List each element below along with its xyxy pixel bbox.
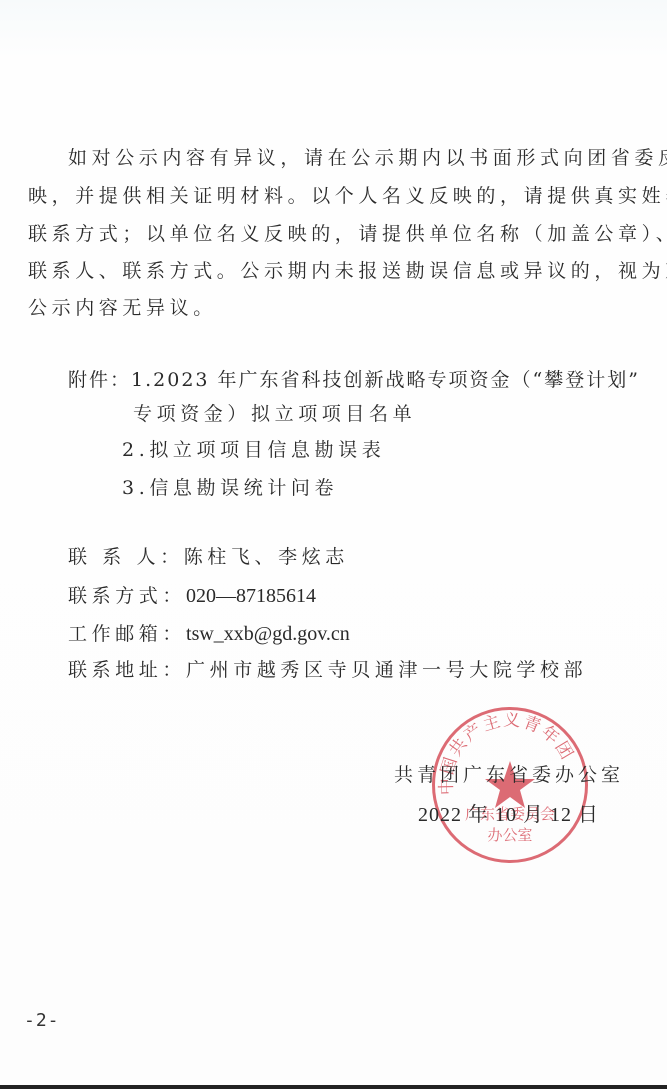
seal-bottom-text: 办公室 [487, 826, 532, 844]
attachment-item-1: 1.2023 年广东省科技创新战略专项资金（“攀登计划” [131, 369, 640, 391]
attachments-block: 附件：1.2023 年广东省科技创新战略专项资金（“攀登计划” [68, 368, 640, 392]
attachment-item-1-cont: 专项资金）拟立项项目名单 [133, 402, 416, 426]
attachments-label: 附件： [68, 369, 131, 391]
contact-email-row: 工作邮箱：tsw_xxb@gd.gov.cn [68, 622, 350, 646]
paragraph-line-2: 映，并提供相关证明材料。以个人名义反映的，请提供真实姓名、 [28, 184, 667, 208]
paragraph-line-1: 如对公示内容有异议，请在公示期内以书面形式向团省委反 [68, 146, 667, 170]
contact-phone-label: 联系方式： [68, 585, 186, 607]
contact-email-label: 工作邮箱： [68, 623, 186, 645]
signature-date: 2022 年 10 月 12 日 [418, 803, 599, 827]
contact-person-row: 联 系 人：陈柱飞、李炫志 [68, 545, 349, 569]
contact-address-row: 联系地址：广州市越秀区寺贝通津一号大院学校部 [68, 658, 587, 682]
contact-person-label: 联 系 人： [68, 546, 184, 568]
contact-phone-row: 联系方式：020—87185614 [68, 584, 316, 608]
bottom-edge [0, 1085, 667, 1089]
signature-org: 共青团广东省委办公室 [394, 763, 624, 787]
page-number: -2- [24, 1010, 60, 1031]
document-page: 如对公示内容有异议，请在公示期内以书面形式向团省委反 映，并提供相关证明材料。以… [0, 0, 667, 1089]
contact-address-label: 联系地址： [68, 659, 186, 681]
attachment-item-2: 2.拟立项项目信息勘误表 [122, 438, 385, 462]
attachment-item-3: 3.信息勘误统计问卷 [122, 476, 338, 500]
contact-person-value: 陈柱飞、李炫志 [184, 546, 349, 568]
contact-address-value: 广州市越秀区寺贝通津一号大院学校部 [186, 659, 587, 681]
contact-phone-value: 020—87185614 [186, 585, 316, 607]
paragraph-line-3: 联系方式；以单位名义反映的，请提供单位名称（加盖公章）、 [28, 222, 667, 246]
contact-email-value: tsw_xxb@gd.gov.cn [186, 623, 350, 645]
paragraph-line-4: 联系人、联系方式。公示期内未报送勘误信息或异议的，视为对 [28, 259, 667, 283]
paragraph-line-5: 公示内容无异议。 [28, 296, 217, 320]
